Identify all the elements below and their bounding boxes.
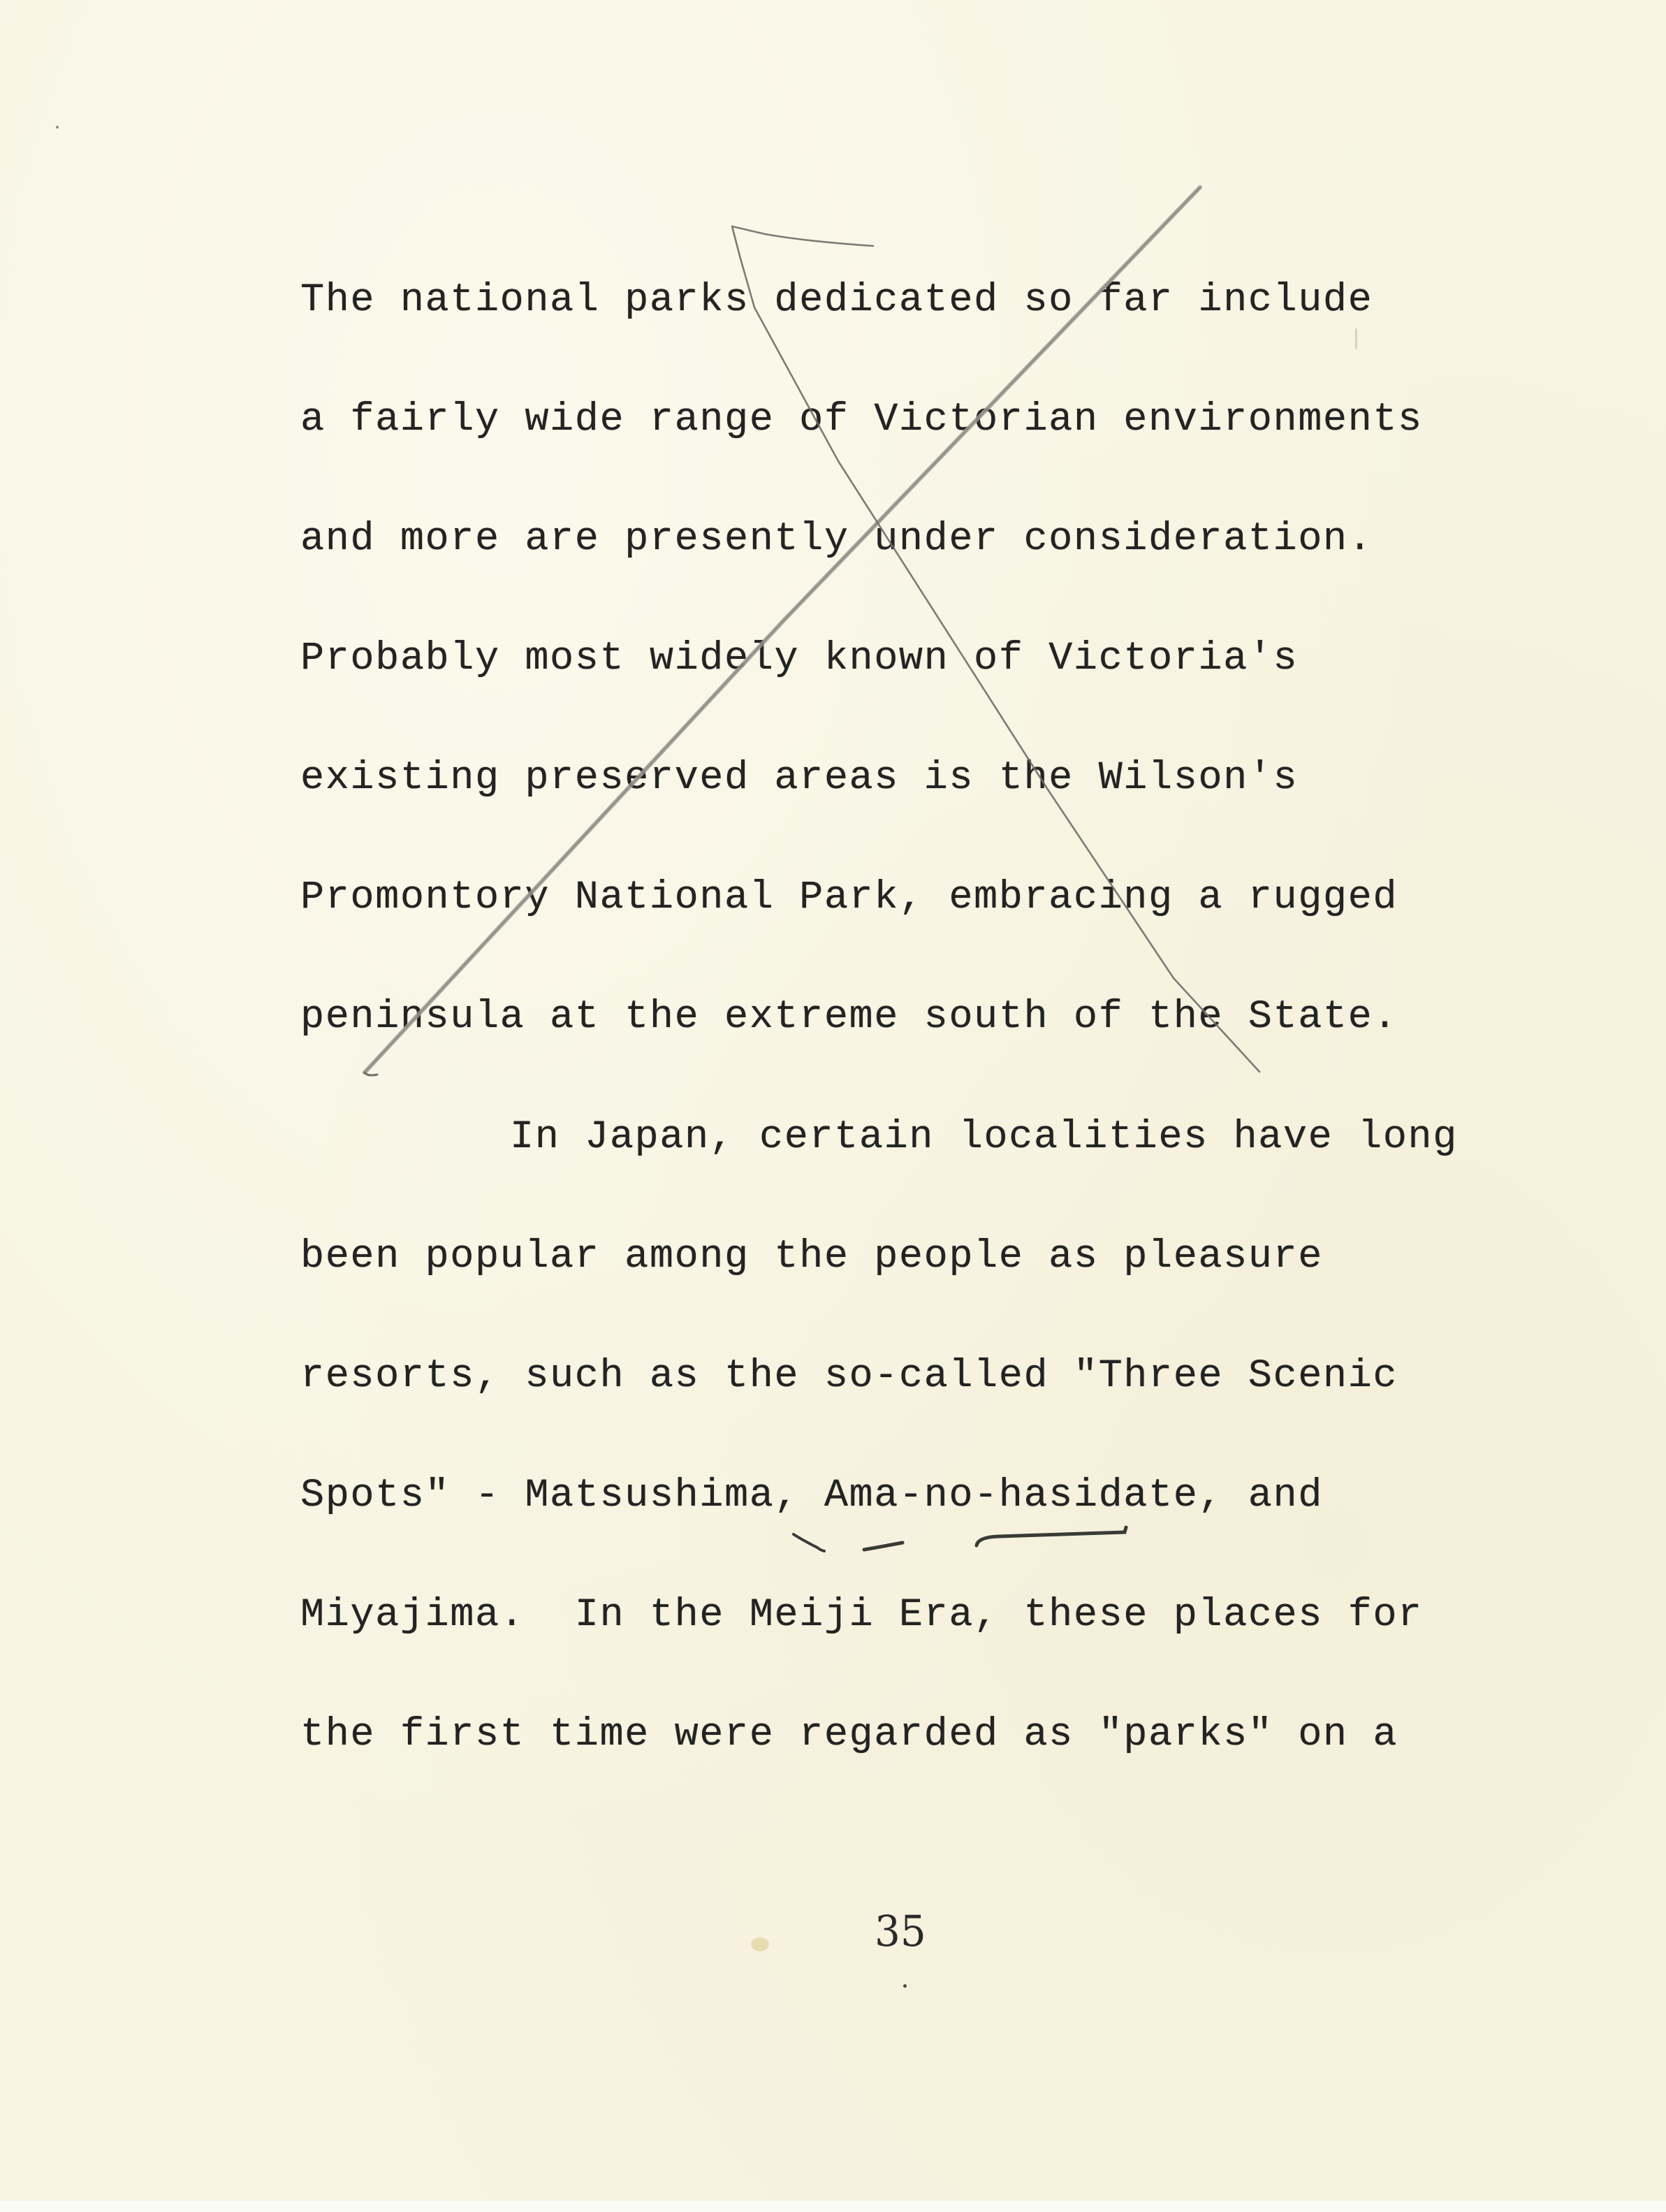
text-line: Promontory National Park, embracing a ru…	[300, 878, 1398, 918]
text-line: Spots" - Matsushima, Ama-no-hasidate, an…	[300, 1476, 1323, 1516]
paper-speck	[56, 126, 59, 129]
paper-mark	[1355, 328, 1357, 349]
text-line: been popular among the people as pleasur…	[300, 1237, 1323, 1277]
text-line: In Japan, certain localities have long	[510, 1118, 1458, 1158]
text-line: Miyajima. In the Meiji Era, these places…	[300, 1596, 1423, 1636]
paper-stain	[751, 1937, 769, 1951]
text-line: resorts, such as the so-called "Three Sc…	[300, 1357, 1398, 1397]
document-page: The national parks dedicated so far incl…	[0, 0, 1666, 2201]
text-line: The national parks dedicated so far incl…	[300, 281, 1373, 321]
text-line: a fairly wide range of Victorian environ…	[300, 400, 1423, 440]
pencil-x-mark	[0, 0, 1666, 2201]
text-line: and more are presently under considerati…	[300, 520, 1373, 560]
page-number: 35	[875, 1906, 926, 1956]
text-line: peninsula at the extreme south of the St…	[300, 998, 1398, 1038]
paper-speck	[903, 1984, 907, 1988]
text-line: Probably most widely known of Victoria's	[300, 639, 1298, 679]
text-line: existing preserved areas is the Wilson's	[300, 759, 1298, 799]
pencil-underline-icon	[0, 0, 1666, 2201]
text-line: the first time were regarded as "parks" …	[300, 1715, 1398, 1755]
